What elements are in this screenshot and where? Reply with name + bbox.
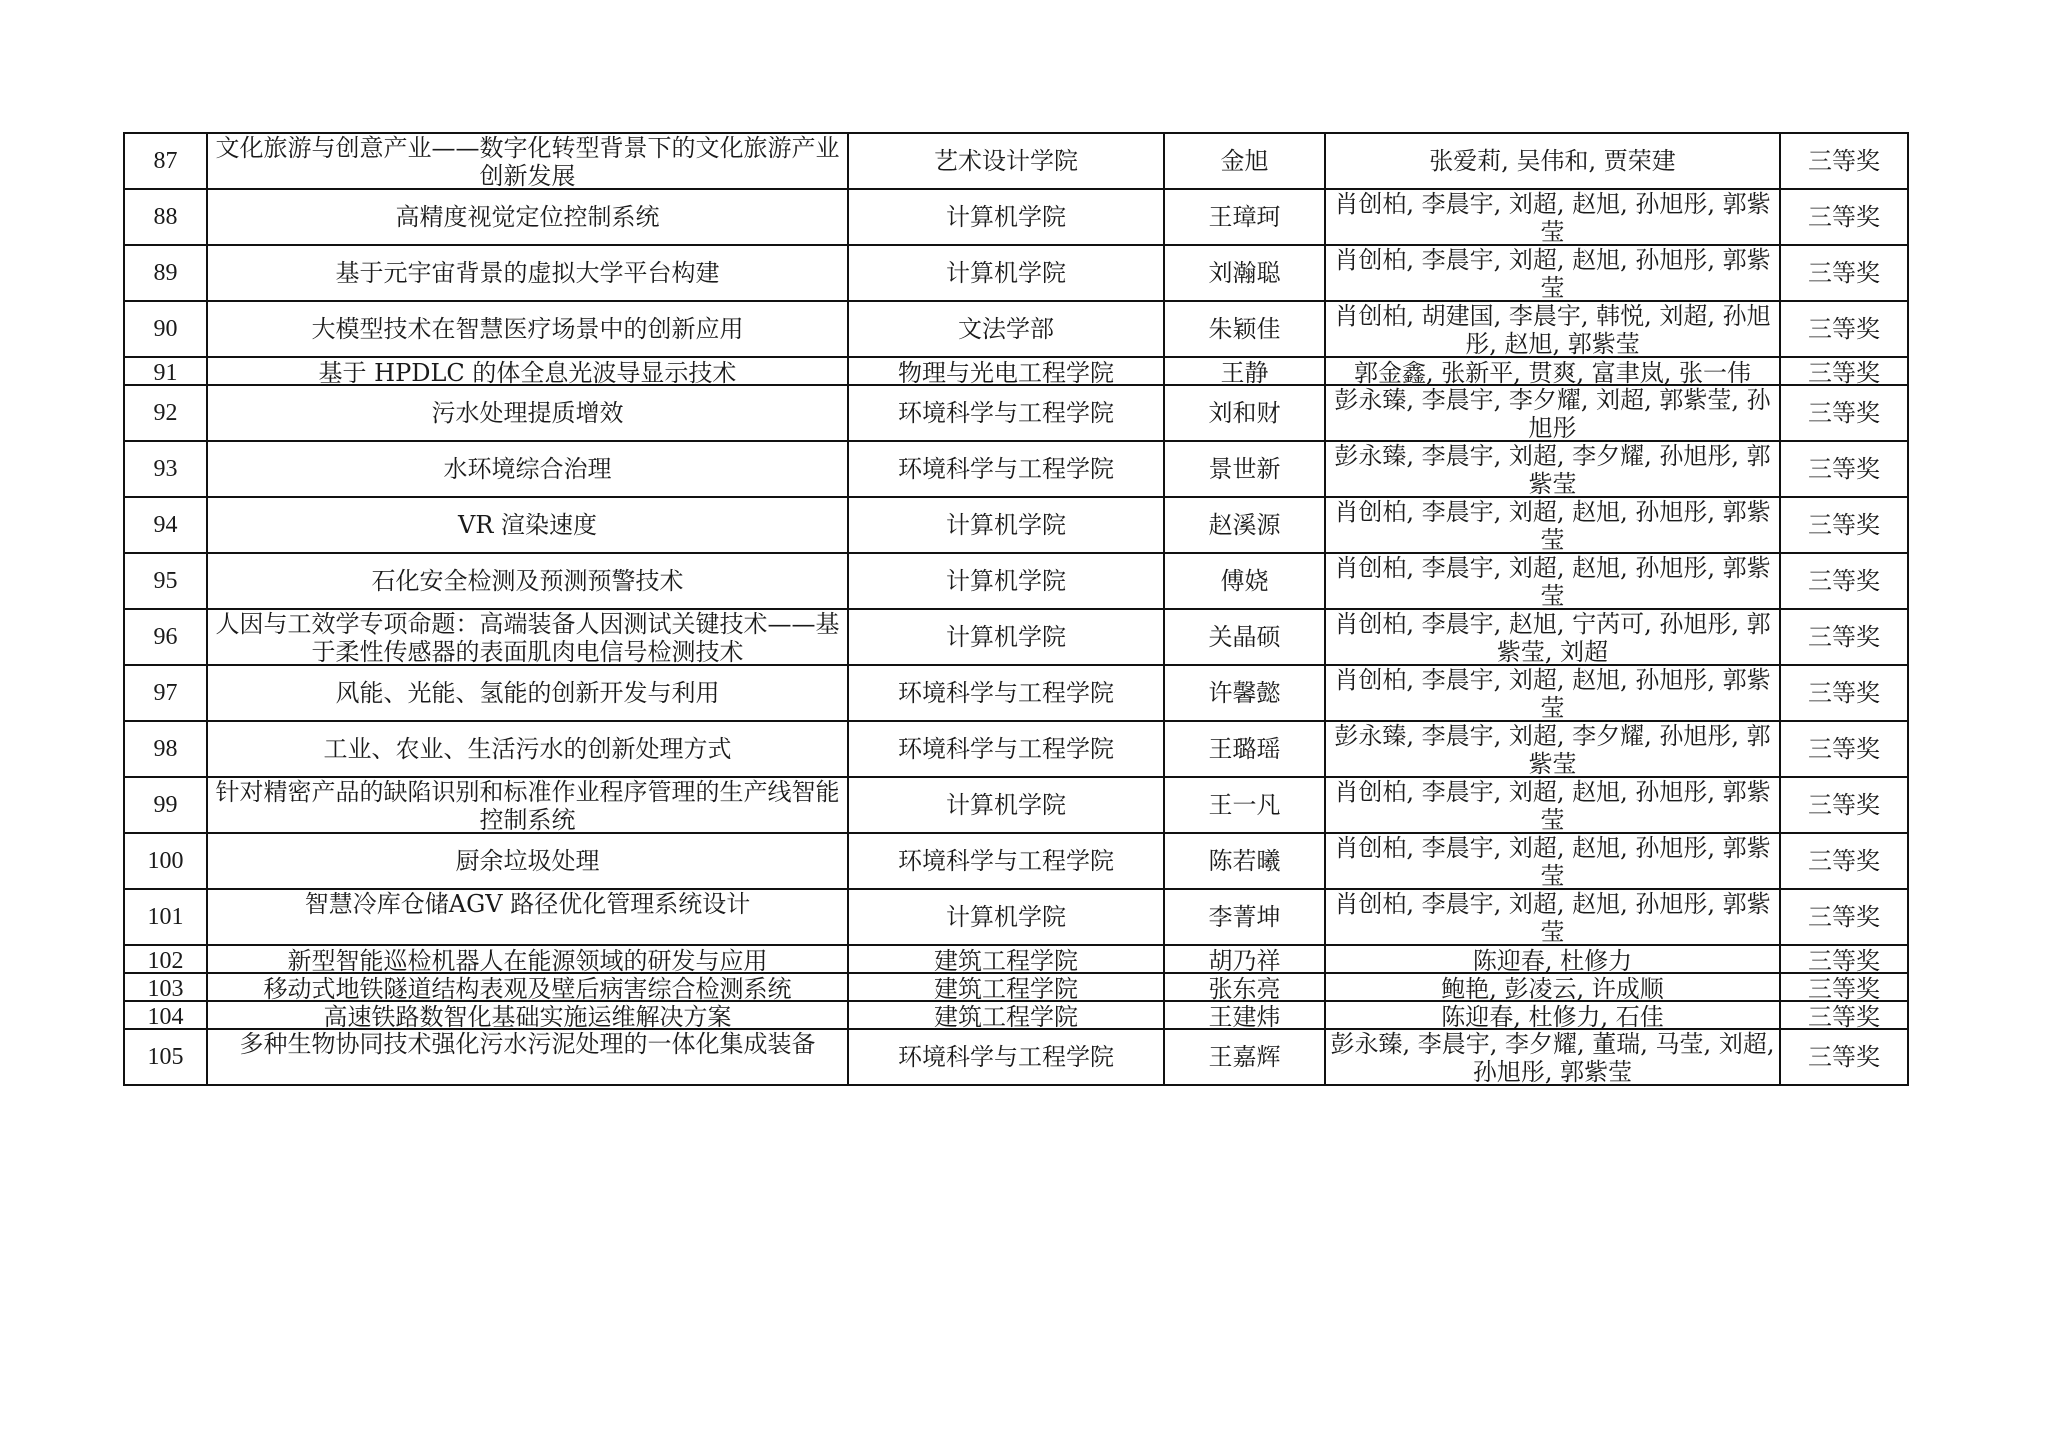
row-number-cell: 99 <box>124 777 207 833</box>
leader-name: 王嘉辉 <box>1169 1042 1320 1072</box>
table-row: 104 高速铁路数智化基础实施运维解决方案 建筑工程学院 王建炜 陈迎春, 杜修… <box>124 1001 1908 1029</box>
award-cell: 三等奖 <box>1780 441 1908 497</box>
college: 环境科学与工程学院 <box>853 454 1159 484</box>
award-level: 三等奖 <box>1785 846 1903 876</box>
advisors-cell: 肖创柏, 李晨宇, 刘超, 赵旭, 孙旭彤, 郭紫莹 <box>1325 777 1780 833</box>
project-title-cell: 智慧冷库仓储AGV 路径优化管理系统设计 <box>207 889 848 945</box>
award-level: 三等奖 <box>1785 1002 1903 1028</box>
award-level: 三等奖 <box>1785 146 1903 176</box>
award-cell: 三等奖 <box>1780 721 1908 777</box>
award-level: 三等奖 <box>1785 678 1903 708</box>
row-number-cell: 101 <box>124 889 207 945</box>
award-level: 三等奖 <box>1785 566 1903 596</box>
leader-name: 胡乃祥 <box>1169 946 1320 972</box>
advisors: 郭金鑫, 张新平, 贯爽, 富聿岚, 张一伟 <box>1330 358 1775 384</box>
college-cell: 文法学部 <box>848 301 1164 357</box>
project-title-cell: 工业、农业、生活污水的创新处理方式 <box>207 721 848 777</box>
leader-cell: 朱颖佳 <box>1164 301 1325 357</box>
advisors-cell: 彭永臻, 李晨宇, 刘超, 李夕耀, 孙旭彤, 郭紫莹 <box>1325 721 1780 777</box>
leader-name: 傅娆 <box>1169 566 1320 596</box>
college-cell: 计算机学院 <box>848 889 1164 945</box>
row-number-cell: 103 <box>124 973 207 1001</box>
leader-cell: 胡乃祥 <box>1164 945 1325 973</box>
award-level: 三等奖 <box>1785 622 1903 652</box>
row-number: 102 <box>129 946 202 972</box>
award-cell: 三等奖 <box>1780 1029 1908 1085</box>
row-number: 94 <box>129 510 202 540</box>
project-title: 石化安全检测及预测预警技术 <box>212 566 843 596</box>
row-number: 93 <box>129 454 202 484</box>
row-number-cell: 93 <box>124 441 207 497</box>
leader-name: 刘瀚聪 <box>1169 258 1320 288</box>
row-number-cell: 91 <box>124 357 207 385</box>
leader-cell: 刘和财 <box>1164 385 1325 441</box>
project-title-cell: 高速铁路数智化基础实施运维解决方案 <box>207 1001 848 1029</box>
project-title: 厨余垃圾处理 <box>212 846 843 876</box>
award-cell: 三等奖 <box>1780 665 1908 721</box>
college-cell: 计算机学院 <box>848 609 1164 665</box>
leader-cell: 王嘉辉 <box>1164 1029 1325 1085</box>
award-level: 三等奖 <box>1785 454 1903 484</box>
award-cell: 三等奖 <box>1780 245 1908 301</box>
college-cell: 环境科学与工程学院 <box>848 441 1164 497</box>
college: 物理与光电工程学院 <box>853 358 1159 384</box>
project-title: 水环境综合治理 <box>212 454 843 484</box>
leader-cell: 关晶硕 <box>1164 609 1325 665</box>
row-number: 97 <box>129 678 202 708</box>
row-number: 87 <box>129 146 202 176</box>
project-title-cell: 基于 HPDLC 的体全息光波导显示技术 <box>207 357 848 385</box>
college: 建筑工程学院 <box>853 1002 1159 1028</box>
college: 环境科学与工程学院 <box>853 846 1159 876</box>
leader-cell: 金旭 <box>1164 133 1325 189</box>
project-title: 针对精密产品的缺陷识别和标准作业程序管理的生产线智能控制系统 <box>212 778 843 832</box>
award-level: 三等奖 <box>1785 314 1903 344</box>
project-title-cell: 石化安全检测及预测预警技术 <box>207 553 848 609</box>
leader-cell: 李菁坤 <box>1164 889 1325 945</box>
award-cell: 三等奖 <box>1780 973 1908 1001</box>
project-title: 污水处理提质增效 <box>212 398 843 428</box>
award-level: 三等奖 <box>1785 946 1903 972</box>
award-level: 三等奖 <box>1785 734 1903 764</box>
table-row: 100 厨余垃圾处理 环境科学与工程学院 陈若曦 肖创柏, 李晨宇, 刘超, 赵… <box>124 833 1908 889</box>
row-number: 100 <box>129 846 202 876</box>
row-number: 101 <box>129 902 202 932</box>
advisors-cell: 彭永臻, 李晨宇, 李夕耀, 刘超, 郭紫莹, 孙旭彤 <box>1325 385 1780 441</box>
college-cell: 计算机学院 <box>848 553 1164 609</box>
leader-name: 王璋珂 <box>1169 202 1320 232</box>
leader-name: 王一凡 <box>1169 790 1320 820</box>
college: 环境科学与工程学院 <box>853 734 1159 764</box>
award-level: 三等奖 <box>1785 790 1903 820</box>
college: 建筑工程学院 <box>853 946 1159 972</box>
table-row: 93 水环境综合治理 环境科学与工程学院 景世新 彭永臻, 李晨宇, 刘超, 李… <box>124 441 1908 497</box>
college: 环境科学与工程学院 <box>853 398 1159 428</box>
project-title: 大模型技术在智慧医疗场景中的创新应用 <box>212 314 843 344</box>
award-level: 三等奖 <box>1785 510 1903 540</box>
award-level: 三等奖 <box>1785 974 1903 1000</box>
project-title: 高精度视觉定位控制系统 <box>212 202 843 232</box>
table-row: 92 污水处理提质增效 环境科学与工程学院 刘和财 彭永臻, 李晨宇, 李夕耀,… <box>124 385 1908 441</box>
leader-name: 许馨懿 <box>1169 678 1320 708</box>
leader-cell: 王璐瑶 <box>1164 721 1325 777</box>
leader-name: 关晶硕 <box>1169 622 1320 652</box>
college: 环境科学与工程学院 <box>853 1042 1159 1072</box>
college: 文法学部 <box>853 314 1159 344</box>
leader-cell: 张东亮 <box>1164 973 1325 1001</box>
row-number-cell: 87 <box>124 133 207 189</box>
leader-cell: 景世新 <box>1164 441 1325 497</box>
row-number-cell: 94 <box>124 497 207 553</box>
award-level: 三等奖 <box>1785 358 1903 384</box>
college: 计算机学院 <box>853 902 1159 932</box>
college: 计算机学院 <box>853 510 1159 540</box>
college-cell: 环境科学与工程学院 <box>848 665 1164 721</box>
project-title: 基于元宇宙背景的虚拟大学平台构建 <box>212 258 843 288</box>
leader-name: 朱颖佳 <box>1169 314 1320 344</box>
project-title: 智慧冷库仓储AGV 路径优化管理系统设计 <box>212 890 843 944</box>
project-title-cell: 水环境综合治理 <box>207 441 848 497</box>
advisors: 肖创柏, 李晨宇, 刘超, 赵旭, 孙旭彤, 郭紫莹 <box>1330 890 1775 944</box>
advisors-cell: 肖创柏, 李晨宇, 刘超, 赵旭, 孙旭彤, 郭紫莹 <box>1325 833 1780 889</box>
college-cell: 建筑工程学院 <box>848 1001 1164 1029</box>
award-cell: 三等奖 <box>1780 777 1908 833</box>
award-cell: 三等奖 <box>1780 497 1908 553</box>
award-cell: 三等奖 <box>1780 1001 1908 1029</box>
advisors-cell: 肖创柏, 李晨宇, 刘超, 赵旭, 孙旭彤, 郭紫莹 <box>1325 245 1780 301</box>
advisors: 肖创柏, 李晨宇, 赵旭, 宁芮可, 孙旭彤, 郭紫莹, 刘超 <box>1330 610 1775 664</box>
project-title: 文化旅游与创意产业——数字化转型背景下的文化旅游产业创新发展 <box>212 134 843 188</box>
project-title: 人因与工效学专项命题：高端装备人因测试关键技术——基于柔性传感器的表面肌肉电信号… <box>212 610 843 664</box>
advisors-cell: 陈迎春, 杜修力, 石佳 <box>1325 1001 1780 1029</box>
row-number: 103 <box>129 974 202 1000</box>
advisors-cell: 肖创柏, 李晨宇, 刘超, 赵旭, 孙旭彤, 郭紫莹 <box>1325 553 1780 609</box>
award-cell: 三等奖 <box>1780 945 1908 973</box>
advisors-cell: 肖创柏, 李晨宇, 刘超, 赵旭, 孙旭彤, 郭紫莹 <box>1325 889 1780 945</box>
project-title-cell: 人因与工效学专项命题：高端装备人因测试关键技术——基于柔性传感器的表面肌肉电信号… <box>207 609 848 665</box>
document-page: 87 文化旅游与创意产业——数字化转型背景下的文化旅游产业创新发展 艺术设计学院… <box>0 0 2048 1448</box>
college: 建筑工程学院 <box>853 974 1159 1000</box>
advisors: 陈迎春, 杜修力, 石佳 <box>1330 1002 1775 1028</box>
leader-name: 王建炜 <box>1169 1002 1320 1028</box>
table-row: 94 VR 渲染速度 计算机学院 赵溪源 肖创柏, 李晨宇, 刘超, 赵旭, 孙… <box>124 497 1908 553</box>
advisors: 肖创柏, 李晨宇, 刘超, 赵旭, 孙旭彤, 郭紫莹 <box>1330 834 1775 888</box>
award-cell: 三等奖 <box>1780 301 1908 357</box>
leader-name: 景世新 <box>1169 454 1320 484</box>
row-number-cell: 98 <box>124 721 207 777</box>
advisors: 肖创柏, 李晨宇, 刘超, 赵旭, 孙旭彤, 郭紫莹 <box>1330 666 1775 720</box>
college: 计算机学院 <box>853 566 1159 596</box>
table-row: 99 针对精密产品的缺陷识别和标准作业程序管理的生产线智能控制系统 计算机学院 … <box>124 777 1908 833</box>
table-row: 90 大模型技术在智慧医疗场景中的创新应用 文法学部 朱颖佳 肖创柏, 胡建国,… <box>124 301 1908 357</box>
leader-name: 陈若曦 <box>1169 846 1320 876</box>
college-cell: 建筑工程学院 <box>848 945 1164 973</box>
table-row: 102 新型智能巡检机器人在能源领域的研发与应用 建筑工程学院 胡乃祥 陈迎春,… <box>124 945 1908 973</box>
project-title-cell: 多种生物协同技术强化污水污泥处理的一体化集成装备 <box>207 1029 848 1085</box>
college: 艺术设计学院 <box>853 146 1159 176</box>
leader-cell: 刘瀚聪 <box>1164 245 1325 301</box>
project-title: 新型智能巡检机器人在能源领域的研发与应用 <box>212 946 843 972</box>
leader-name: 刘和财 <box>1169 398 1320 428</box>
leader-cell: 许馨懿 <box>1164 665 1325 721</box>
advisors-cell: 彭永臻, 李晨宇, 刘超, 李夕耀, 孙旭彤, 郭紫莹 <box>1325 441 1780 497</box>
row-number-cell: 92 <box>124 385 207 441</box>
advisors-cell: 郭金鑫, 张新平, 贯爽, 富聿岚, 张一伟 <box>1325 357 1780 385</box>
leader-name: 李菁坤 <box>1169 902 1320 932</box>
row-number: 104 <box>129 1002 202 1028</box>
row-number-cell: 96 <box>124 609 207 665</box>
award-cell: 三等奖 <box>1780 385 1908 441</box>
row-number: 98 <box>129 734 202 764</box>
project-title: VR 渲染速度 <box>212 510 843 540</box>
awards-table-body: 87 文化旅游与创意产业——数字化转型背景下的文化旅游产业创新发展 艺术设计学院… <box>124 133 1908 1085</box>
table-row: 98 工业、农业、生活污水的创新处理方式 环境科学与工程学院 王璐瑶 彭永臻, … <box>124 721 1908 777</box>
college-cell: 艺术设计学院 <box>848 133 1164 189</box>
table-row: 105 多种生物协同技术强化污水污泥处理的一体化集成装备 环境科学与工程学院 王… <box>124 1029 1908 1085</box>
row-number-cell: 100 <box>124 833 207 889</box>
project-title: 风能、光能、氢能的创新开发与利用 <box>212 678 843 708</box>
table-row: 96 人因与工效学专项命题：高端装备人因测试关键技术——基于柔性传感器的表面肌肉… <box>124 609 1908 665</box>
advisors-cell: 肖创柏, 李晨宇, 赵旭, 宁芮可, 孙旭彤, 郭紫莹, 刘超 <box>1325 609 1780 665</box>
project-title-cell: 厨余垃圾处理 <box>207 833 848 889</box>
college: 环境科学与工程学院 <box>853 678 1159 708</box>
award-cell: 三等奖 <box>1780 553 1908 609</box>
row-number: 90 <box>129 314 202 344</box>
award-cell: 三等奖 <box>1780 833 1908 889</box>
advisors-cell: 肖创柏, 李晨宇, 刘超, 赵旭, 孙旭彤, 郭紫莹 <box>1325 665 1780 721</box>
leader-name: 王璐瑶 <box>1169 734 1320 764</box>
project-title: 多种生物协同技术强化污水污泥处理的一体化集成装备 <box>212 1030 843 1084</box>
table-row: 87 文化旅游与创意产业——数字化转型背景下的文化旅游产业创新发展 艺术设计学院… <box>124 133 1908 189</box>
leader-cell: 陈若曦 <box>1164 833 1325 889</box>
college: 计算机学院 <box>853 622 1159 652</box>
college-cell: 计算机学院 <box>848 497 1164 553</box>
college-cell: 环境科学与工程学院 <box>848 385 1164 441</box>
advisors: 张爱莉, 吴伟和, 贾荣建 <box>1330 146 1775 176</box>
advisors-cell: 肖创柏, 胡建国, 李晨宇, 韩悦, 刘超, 孙旭彤, 赵旭, 郭紫莹 <box>1325 301 1780 357</box>
award-level: 三等奖 <box>1785 202 1903 232</box>
project-title: 基于 HPDLC 的体全息光波导显示技术 <box>212 358 843 384</box>
project-title-cell: 污水处理提质增效 <box>207 385 848 441</box>
leader-name: 王静 <box>1169 358 1320 384</box>
advisors: 肖创柏, 李晨宇, 刘超, 赵旭, 孙旭彤, 郭紫莹 <box>1330 554 1775 608</box>
advisors: 肖创柏, 胡建国, 李晨宇, 韩悦, 刘超, 孙旭彤, 赵旭, 郭紫莹 <box>1330 302 1775 356</box>
leader-cell: 王一凡 <box>1164 777 1325 833</box>
row-number: 105 <box>129 1042 202 1072</box>
row-number-cell: 95 <box>124 553 207 609</box>
row-number: 96 <box>129 622 202 652</box>
advisors-cell: 彭永臻, 李晨宇, 李夕耀, 董瑞, 马莹, 刘超, 孙旭彤, 郭紫莹 <box>1325 1029 1780 1085</box>
project-title-cell: 高精度视觉定位控制系统 <box>207 189 848 245</box>
college-cell: 环境科学与工程学院 <box>848 1029 1164 1085</box>
row-number-cell: 89 <box>124 245 207 301</box>
row-number: 91 <box>129 358 202 384</box>
project-title: 高速铁路数智化基础实施运维解决方案 <box>212 1002 843 1028</box>
awards-table: 87 文化旅游与创意产业——数字化转型背景下的文化旅游产业创新发展 艺术设计学院… <box>123 132 1909 1086</box>
leader-name: 张东亮 <box>1169 974 1320 1000</box>
advisors: 肖创柏, 李晨宇, 刘超, 赵旭, 孙旭彤, 郭紫莹 <box>1330 778 1775 832</box>
row-number: 92 <box>129 398 202 428</box>
row-number-cell: 104 <box>124 1001 207 1029</box>
advisors-cell: 鲍艳, 彭凌云, 许成顺 <box>1325 973 1780 1001</box>
college-cell: 环境科学与工程学院 <box>848 721 1164 777</box>
award-level: 三等奖 <box>1785 1042 1903 1072</box>
advisors: 陈迎春, 杜修力 <box>1330 946 1775 972</box>
award-cell: 三等奖 <box>1780 357 1908 385</box>
leader-cell: 王璋珂 <box>1164 189 1325 245</box>
advisors: 鲍艳, 彭凌云, 许成顺 <box>1330 974 1775 1000</box>
table-row: 91 基于 HPDLC 的体全息光波导显示技术 物理与光电工程学院 王静 郭金鑫… <box>124 357 1908 385</box>
award-cell: 三等奖 <box>1780 189 1908 245</box>
advisors: 彭永臻, 李晨宇, 李夕耀, 刘超, 郭紫莹, 孙旭彤 <box>1330 386 1775 440</box>
award-level: 三等奖 <box>1785 258 1903 288</box>
advisors: 肖创柏, 李晨宇, 刘超, 赵旭, 孙旭彤, 郭紫莹 <box>1330 190 1775 244</box>
award-level: 三等奖 <box>1785 902 1903 932</box>
row-number: 99 <box>129 790 202 820</box>
award-level: 三等奖 <box>1785 398 1903 428</box>
college: 计算机学院 <box>853 258 1159 288</box>
row-number: 95 <box>129 566 202 596</box>
table-row: 89 基于元宇宙背景的虚拟大学平台构建 计算机学院 刘瀚聪 肖创柏, 李晨宇, … <box>124 245 1908 301</box>
advisors: 彭永臻, 李晨宇, 刘超, 李夕耀, 孙旭彤, 郭紫莹 <box>1330 722 1775 776</box>
college-cell: 建筑工程学院 <box>848 973 1164 1001</box>
advisors: 彭永臻, 李晨宇, 刘超, 李夕耀, 孙旭彤, 郭紫莹 <box>1330 442 1775 496</box>
table-row: 95 石化安全检测及预测预警技术 计算机学院 傅娆 肖创柏, 李晨宇, 刘超, … <box>124 553 1908 609</box>
college: 计算机学院 <box>853 790 1159 820</box>
college: 计算机学院 <box>853 202 1159 232</box>
advisors-cell: 张爱莉, 吴伟和, 贾荣建 <box>1325 133 1780 189</box>
project-title: 工业、农业、生活污水的创新处理方式 <box>212 734 843 764</box>
leader-name: 金旭 <box>1169 146 1320 176</box>
leader-cell: 王建炜 <box>1164 1001 1325 1029</box>
project-title-cell: 基于元宇宙背景的虚拟大学平台构建 <box>207 245 848 301</box>
project-title-cell: 新型智能巡检机器人在能源领域的研发与应用 <box>207 945 848 973</box>
row-number-cell: 97 <box>124 665 207 721</box>
project-title: 移动式地铁隧道结构表观及壁后病害综合检测系统 <box>212 974 843 1000</box>
project-title-cell: 文化旅游与创意产业——数字化转型背景下的文化旅游产业创新发展 <box>207 133 848 189</box>
row-number-cell: 90 <box>124 301 207 357</box>
project-title-cell: VR 渲染速度 <box>207 497 848 553</box>
advisors-cell: 肖创柏, 李晨宇, 刘超, 赵旭, 孙旭彤, 郭紫莹 <box>1325 189 1780 245</box>
table-row: 97 风能、光能、氢能的创新开发与利用 环境科学与工程学院 许馨懿 肖创柏, 李… <box>124 665 1908 721</box>
award-cell: 三等奖 <box>1780 609 1908 665</box>
leader-name: 赵溪源 <box>1169 510 1320 540</box>
award-cell: 三等奖 <box>1780 889 1908 945</box>
leader-cell: 王静 <box>1164 357 1325 385</box>
college-cell: 物理与光电工程学院 <box>848 357 1164 385</box>
college-cell: 环境科学与工程学院 <box>848 833 1164 889</box>
row-number: 89 <box>129 258 202 288</box>
award-cell: 三等奖 <box>1780 133 1908 189</box>
college-cell: 计算机学院 <box>848 777 1164 833</box>
project-title-cell: 移动式地铁隧道结构表观及壁后病害综合检测系统 <box>207 973 848 1001</box>
table-row: 88 高精度视觉定位控制系统 计算机学院 王璋珂 肖创柏, 李晨宇, 刘超, 赵… <box>124 189 1908 245</box>
advisors: 彭永臻, 李晨宇, 李夕耀, 董瑞, 马莹, 刘超, 孙旭彤, 郭紫莹 <box>1330 1030 1775 1084</box>
row-number-cell: 105 <box>124 1029 207 1085</box>
row-number-cell: 88 <box>124 189 207 245</box>
leader-cell: 傅娆 <box>1164 553 1325 609</box>
row-number-cell: 102 <box>124 945 207 973</box>
project-title-cell: 针对精密产品的缺陷识别和标准作业程序管理的生产线智能控制系统 <box>207 777 848 833</box>
leader-cell: 赵溪源 <box>1164 497 1325 553</box>
college-cell: 计算机学院 <box>848 245 1164 301</box>
advisors-cell: 肖创柏, 李晨宇, 刘超, 赵旭, 孙旭彤, 郭紫莹 <box>1325 497 1780 553</box>
project-title-cell: 大模型技术在智慧医疗场景中的创新应用 <box>207 301 848 357</box>
project-title-cell: 风能、光能、氢能的创新开发与利用 <box>207 665 848 721</box>
table-row: 101 智慧冷库仓储AGV 路径优化管理系统设计 计算机学院 李菁坤 肖创柏, … <box>124 889 1908 945</box>
advisors: 肖创柏, 李晨宇, 刘超, 赵旭, 孙旭彤, 郭紫莹 <box>1330 498 1775 552</box>
table-row: 103 移动式地铁隧道结构表观及壁后病害综合检测系统 建筑工程学院 张东亮 鲍艳… <box>124 973 1908 1001</box>
row-number: 88 <box>129 202 202 232</box>
college-cell: 计算机学院 <box>848 189 1164 245</box>
advisors: 肖创柏, 李晨宇, 刘超, 赵旭, 孙旭彤, 郭紫莹 <box>1330 246 1775 300</box>
advisors-cell: 陈迎春, 杜修力 <box>1325 945 1780 973</box>
